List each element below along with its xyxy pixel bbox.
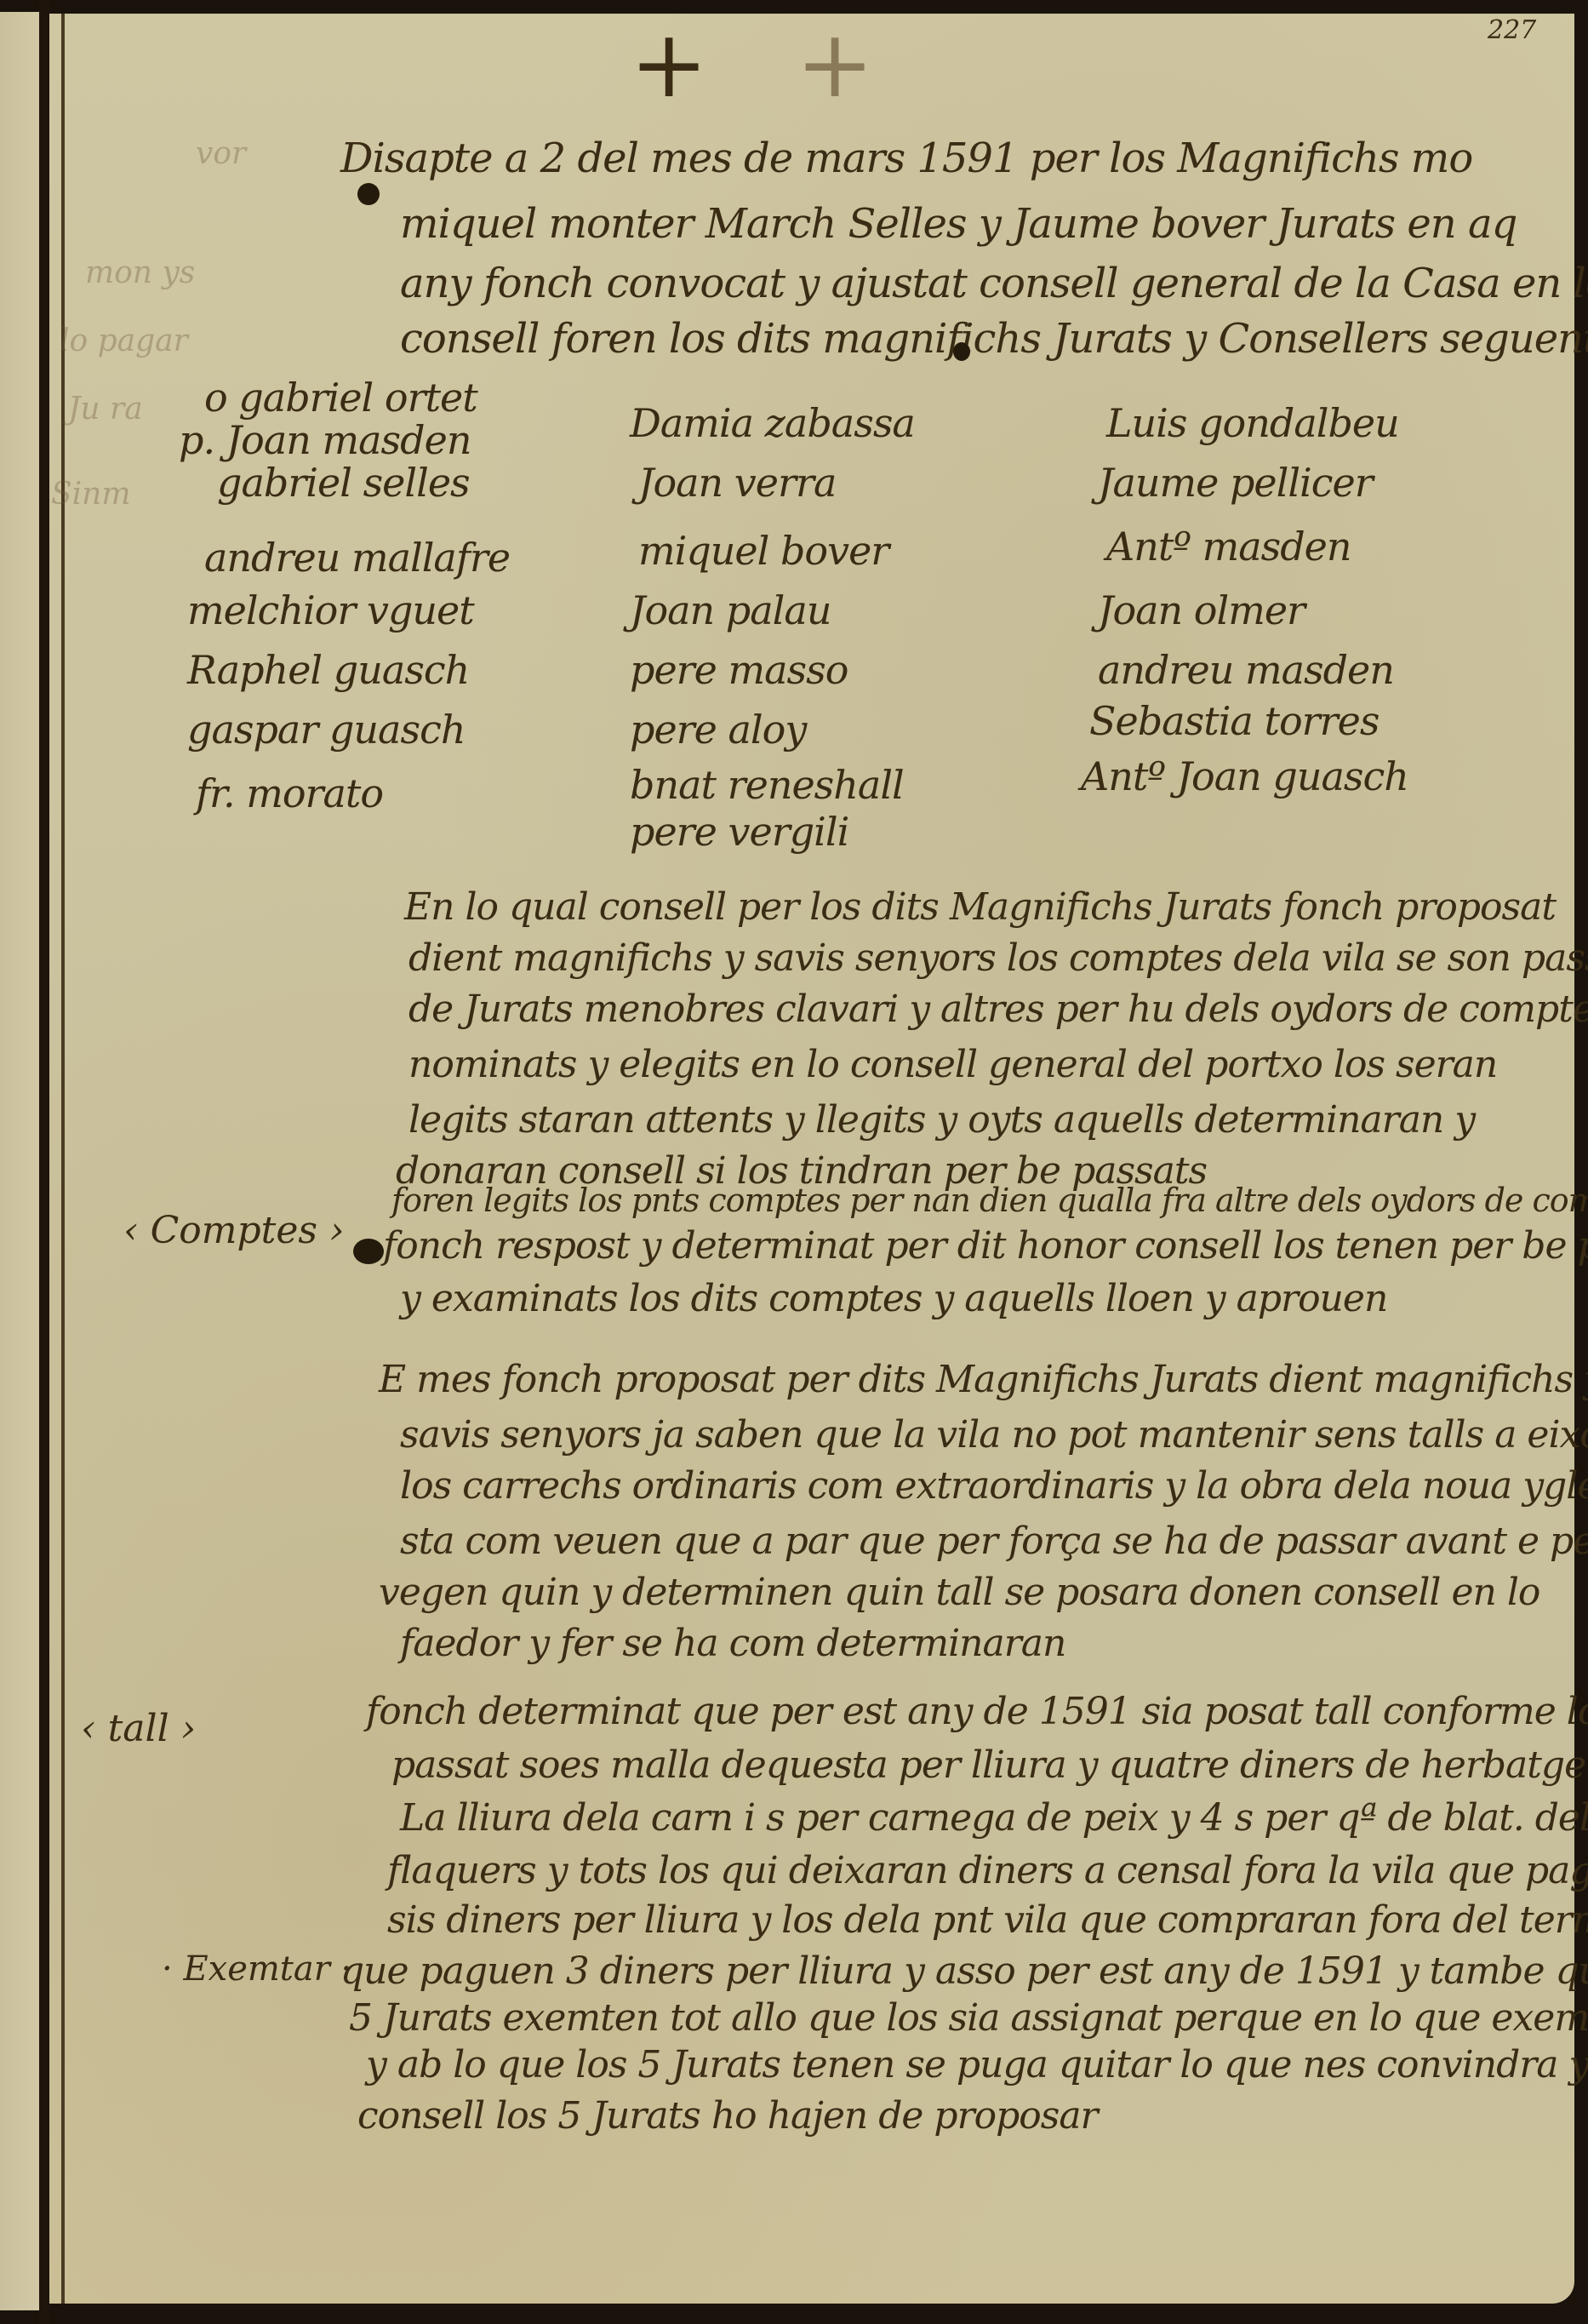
heading-line-1: Disapte a 2 del mes de mars 1591 per los… bbox=[340, 135, 1472, 182]
bleed-through-text: Sinm bbox=[51, 477, 131, 512]
text-line: legits staran attents y llegits y oyts a… bbox=[408, 1098, 1475, 1142]
ink-blot bbox=[353, 1239, 384, 1264]
folio-number: 227 bbox=[1488, 15, 1536, 45]
cross-mark-faint: + bbox=[796, 17, 874, 111]
attendee-name: Luis gondalbeu bbox=[1106, 400, 1399, 446]
heading-line-2: miquel monter March Selles y Jaume bover… bbox=[400, 200, 1517, 248]
attendee-name: Sebastia torres bbox=[1089, 698, 1379, 744]
attendee-name: andreu mallafre bbox=[204, 535, 510, 581]
attendee-name: Joan verra bbox=[638, 460, 836, 506]
text-line: passat soes malla dequesta per lliura y … bbox=[391, 1743, 1588, 1787]
text-line: nominats y elegits en lo consell general… bbox=[408, 1043, 1497, 1086]
attendee-name: o gabriel ortet bbox=[204, 375, 477, 421]
text-line: los carrechs ordinaris com extraordinari… bbox=[400, 1464, 1588, 1508]
attendee-name: fr. morato bbox=[196, 770, 383, 816]
attendee-name: melchior vguet bbox=[187, 587, 474, 633]
adjacent-leaf-edge bbox=[0, 12, 39, 2310]
attendee-name: pere aloy bbox=[630, 707, 806, 753]
text-line: flaquers y tots los qui deixaran diners … bbox=[387, 1849, 1588, 1892]
heading-line-4: consell foren los dits magnifichs Jurats… bbox=[400, 315, 1588, 363]
ink-blot bbox=[953, 342, 970, 361]
bleed-through-text: lo pagar bbox=[60, 323, 188, 358]
margin-note-label: Exemtar bbox=[183, 1949, 329, 1989]
text-line: La lliura dela carn i s per carnega de p… bbox=[400, 1796, 1588, 1840]
cross-mark: + bbox=[630, 17, 708, 111]
text-line: faedor y fer se ha com determinaran bbox=[400, 1622, 1065, 1665]
text-line: y ab lo que los 5 Jurats tenen se puga q… bbox=[366, 2043, 1588, 2086]
bleed-through-text: Ju ra bbox=[68, 392, 143, 426]
attendee-name: Jaume pellicer bbox=[1098, 460, 1373, 506]
bleed-through-text: vor bbox=[196, 136, 246, 171]
margin-note-tall: ‹ tall › bbox=[81, 1707, 196, 1750]
attendee-name: pere vergili bbox=[630, 809, 848, 855]
attendee-name: andreu masden bbox=[1098, 647, 1394, 693]
attendee-name: pere masso bbox=[630, 647, 848, 693]
binding-spine bbox=[39, 0, 49, 2324]
attendee-name: Antº masden bbox=[1106, 524, 1351, 570]
attendee-name: bnat reneshall bbox=[630, 762, 904, 808]
text-line: savis senyors ja saben que la vila no po… bbox=[400, 1413, 1588, 1457]
text-line: sta com veuen que a par que per força se… bbox=[400, 1520, 1588, 1563]
margin-note-label: Comptes bbox=[151, 1209, 317, 1252]
attendee-name: Raphel guasch bbox=[187, 647, 469, 693]
text-line: dient magnifichs y savis senyors los com… bbox=[408, 936, 1588, 980]
text-line: fonch respost y determinat per dit honor… bbox=[383, 1224, 1588, 1268]
attendee-name: Joan olmer bbox=[1098, 587, 1305, 633]
attendee-name: Joan palau bbox=[630, 587, 831, 633]
text-line: 5 Jurats exemten tot allo que los sia as… bbox=[349, 1996, 1588, 2040]
text-line: En lo qual consell per los dits Magnific… bbox=[404, 885, 1556, 929]
attendee-name: miquel bover bbox=[638, 528, 888, 574]
attendee-name: gabriel selles bbox=[217, 460, 470, 506]
text-line: E mes fonch proposat per dits Magnifichs… bbox=[379, 1358, 1588, 1401]
margin-note-exemtar: · Exemtar · bbox=[162, 1949, 351, 1989]
text-line: sis diners per lliura y los dela pnt vil… bbox=[387, 1898, 1588, 1942]
ink-blot bbox=[357, 183, 380, 205]
margin-note-comptes: ‹ Comptes › bbox=[123, 1209, 345, 1252]
text-line: consell los 5 Jurats ho hajen de proposa… bbox=[357, 2094, 1098, 2138]
text-line: fonch determinat que per est any de 1591… bbox=[366, 1690, 1588, 1733]
margin-note-label: tall bbox=[108, 1707, 169, 1750]
text-line: de Jurats menobres clavari y altres per … bbox=[408, 987, 1588, 1031]
attendee-name: Antº Joan guasch bbox=[1081, 753, 1408, 799]
attendee-name: p. Joan masden bbox=[179, 417, 471, 463]
bleed-through-text: mon ys bbox=[85, 255, 195, 290]
text-line: foren legits los pnts comptes per nan di… bbox=[391, 1182, 1588, 1219]
heading-line-3: any fonch convocat y ajustat consell gen… bbox=[400, 260, 1588, 307]
text-line: y examinats los dits comptes y aquells l… bbox=[400, 1277, 1387, 1320]
attendee-name: Damia zabassa bbox=[630, 400, 915, 446]
text-line: que paguen 3 diners per lliura y asso pe… bbox=[340, 1949, 1588, 1993]
attendee-name: gaspar guasch bbox=[187, 707, 465, 753]
text-line: vegen quin y determinen quin tall se pos… bbox=[379, 1571, 1539, 1614]
